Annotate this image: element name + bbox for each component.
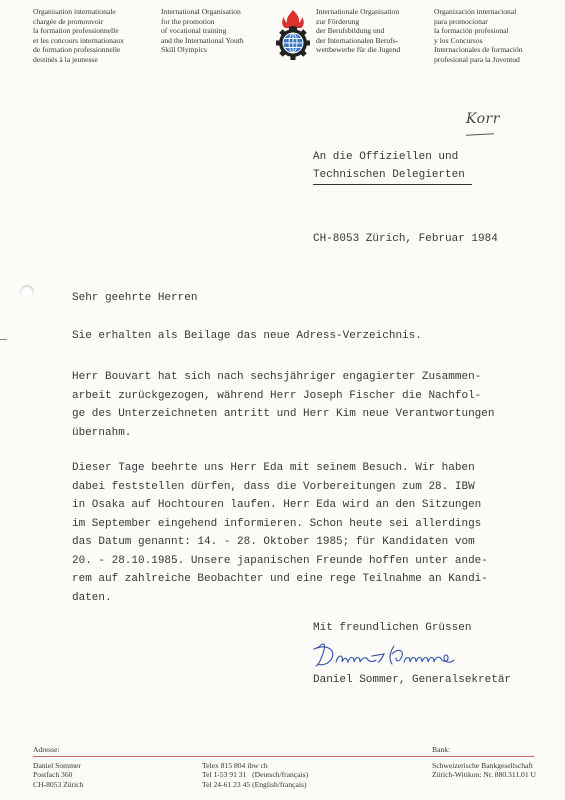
signature-handwritten [312, 640, 512, 670]
recipient-line: An die Offiziellen und [313, 148, 465, 166]
letterhead-line: Internacionales de formación [434, 45, 523, 55]
recipient-line: Technischen Delegierten [313, 166, 465, 184]
letterhead-english: International Organisation for the promo… [161, 7, 244, 55]
letterhead-line: profesional para la Juventud [434, 55, 523, 65]
letterhead-line: la formation professionnelle [33, 26, 124, 36]
letterhead-line: para promocionar [434, 17, 523, 27]
gear-globe-flame-logo-icon [276, 8, 310, 60]
letterhead-line: Organización internacional [434, 7, 523, 17]
letterhead-line: et les concours internationaux [33, 36, 124, 46]
paragraph-3: Dieser Tage beehrte uns Herr Eda mit sei… [72, 459, 488, 607]
letterhead-line: wettbewerbe für die Jugend [316, 45, 400, 55]
footer-line: Telex 815 804 ibw ch [202, 761, 308, 770]
recipient-underline [313, 184, 472, 185]
paragraph-line: arbeit zurückgezogen, während Herr Josep… [72, 387, 494, 406]
letterhead-line: Internationale Organisation [316, 7, 400, 17]
footer-line: CH-8053 Zürich [33, 780, 83, 789]
place-date: CH-8053 Zürich, Februar 1984 [313, 233, 498, 245]
letterhead-line: zur Förderung [316, 17, 400, 27]
paragraph-line: übernahm. [72, 424, 494, 443]
letterhead-spanish: Organización internacional para promocio… [434, 7, 523, 65]
salutation: Sehr geehrte Herren [72, 292, 197, 304]
letterhead-line: de formation professionnelle [33, 45, 124, 55]
footer-bank-label: Bank: [432, 745, 450, 754]
letterhead-french: Organisation internationale chargée de p… [33, 7, 124, 65]
paragraph-line: dabei feststellen dürfen, dass die Vorbe… [72, 478, 488, 497]
signer-name: Daniel Sommer, Generalsekretär [313, 674, 511, 686]
paragraph-line: Herr Bouvart hat sich nach sechsjähriger… [72, 368, 494, 387]
letterhead-line: der Berufsbildung und [316, 26, 400, 36]
letterhead-line: Skill Olympics [161, 45, 244, 55]
paragraph-line: 20. - 28.10.1985. Unsere japanischen Fre… [72, 552, 488, 571]
paragraph-line: im September eingehend informieren. Scho… [72, 515, 488, 534]
footer-address-label: Adresse: [33, 745, 60, 754]
footer-line: Tel 1-53 91 31 (Deutsch/français) [202, 770, 308, 779]
fold-mark [0, 339, 7, 340]
letterhead-line: of vocational training [161, 26, 244, 36]
letterhead-line: International Organisation [161, 7, 244, 17]
paragraph-2: Herr Bouvart hat sich nach sechsjähriger… [72, 368, 494, 442]
letterhead-line: destinés à la jeunesse [33, 55, 124, 65]
footer-bank: Schweizerische Bankgesellschaft Zürich-W… [432, 761, 536, 780]
handwritten-note-text: Korr [466, 111, 500, 127]
letterhead-line: chargée de promouvoir [33, 17, 124, 27]
paragraph-line: ge des Unterzeichneten antritt und Herr … [72, 405, 494, 424]
footer-address: Daniel Sommer Postfach 360 CH-8053 Züric… [33, 761, 83, 789]
punch-hole [20, 285, 34, 299]
letterhead-line: la formación profesional [434, 26, 523, 36]
paragraph-line: Dieser Tage beehrte uns Herr Eda mit sei… [72, 459, 488, 478]
footer-telecom: Telex 815 804 ibw ch Tel 1-53 91 31 (Deu… [202, 761, 308, 789]
letterhead-line: der Internationalen Berufs- [316, 36, 400, 46]
handwritten-underline [466, 133, 494, 136]
handwritten-note: Korr [466, 110, 500, 128]
letterhead-line: and the International Youth [161, 36, 244, 46]
footer-line: Postfach 360 [33, 770, 83, 779]
letterhead-line: y los Concursos [434, 36, 523, 46]
paragraph-line: rem auf zahlreiche Beobachter und eine r… [72, 570, 488, 589]
paragraph-line: das Datum genannt: 14. - 28. Oktober 198… [72, 533, 488, 552]
paragraph-line: in Osaka auf Hochtouren laufen. Herr Eda… [72, 496, 488, 515]
letterhead-german: Internationale Organisation zur Förderun… [316, 7, 400, 55]
footer-line: Daniel Sommer [33, 761, 83, 770]
closing: Mit freundlichen Grüssen [313, 622, 471, 634]
recipient-block: An die Offiziellen und Technischen Deleg… [313, 148, 465, 184]
paragraph-line: daten. [72, 589, 488, 608]
letter-page: Organisation internationale chargée de p… [0, 0, 565, 800]
letterhead-line: Organisation internationale [33, 7, 124, 17]
footer-line: Zürich-Witikon: Nr. 880.311.01 U [432, 770, 536, 779]
letterhead-line: for the promotion [161, 17, 244, 27]
footer-line: Tel 24-61 23 45 (English/français) [202, 780, 308, 789]
footer-line: Schweizerische Bankgesellschaft [432, 761, 536, 770]
footer-divider [33, 756, 534, 757]
paragraph-1: Sie erhalten als Beilage das neue Adress… [72, 330, 422, 342]
